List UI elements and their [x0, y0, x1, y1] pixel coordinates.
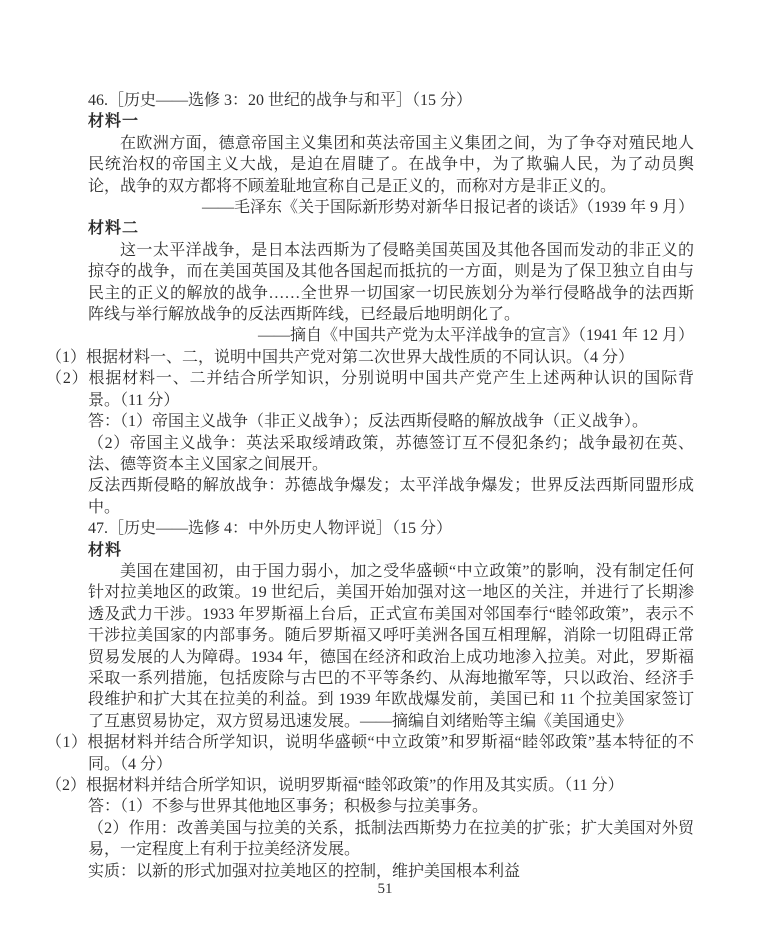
material-label: 材料二 [88, 218, 694, 239]
material-paragraph: 美国在建国初，由于国力弱小，加之受华盛顿“中立政策”的影响，没有制定任何针对拉美… [88, 561, 694, 732]
question-item: （1）根据材料一、二，说明中国共产党对第二次世界大战性质的不同认识。（4 分） [88, 347, 694, 368]
answer-line: 答：（1）帝国主义战争（非正义战争）；反法西斯侵略的解放战争（正义战争）。 [88, 411, 694, 432]
question-title: 46.［历史——选修 3：20 世纪的战争与和平］（15 分） [88, 90, 694, 111]
document-body: 46.［历史——选修 3：20 世纪的战争与和平］（15 分）材料一在欧洲方面，… [88, 90, 694, 882]
page-number: 51 [0, 881, 770, 898]
question-title: 47.［历史——选修 4：中外历史人物评说］（15 分） [88, 518, 694, 539]
question-item: （2）根据材料并结合所学知识，说明罗斯福“睦邻政策”的作用及其实质。（11 分） [88, 775, 694, 796]
source-citation: ——毛泽东《关于国际新形势对新华日报记者的谈话》（1939 年 9 月） [88, 197, 694, 218]
answer-continuation: （2）帝国主义战争：英法采取绥靖政策，苏德签订互不侵犯条约；战争最初在英、法、德… [88, 433, 694, 476]
answer-continuation: 实质：以新的形式加强对拉美地区的控制，维护美国根本利益 [88, 861, 694, 882]
question-item: （1）根据材料并结合所学知识，说明华盛顿“中立政策”和罗斯福“睦邻政策”基本特征… [88, 732, 694, 775]
material-paragraph: 这一太平洋战争，是日本法西斯为了侵略美国英国及其他各国而发动的非正义的掠夺的战争… [88, 240, 694, 326]
question-item: （2）根据材料一、二并结合所学知识，分别说明中国共产党产生上述两种认识的国际背景… [88, 368, 694, 411]
material-label: 材料一 [88, 111, 694, 132]
scanned-exam-page: 46.［历史——选修 3：20 世纪的战争与和平］（15 分）材料一在欧洲方面，… [0, 0, 770, 948]
source-citation: ——摘自《中国共产党为太平洋战争的宣言》（1941 年 12 月） [88, 325, 694, 346]
answer-line: 答：（1）不参与世界其他地区事务；积极参与拉美事务。 [88, 796, 694, 817]
material-label: 材料 [88, 540, 694, 561]
answer-continuation: 反法西斯侵略的解放战争：苏德战争爆发；太平洋战争爆发；世界反法西斯同盟形成中。 [88, 475, 694, 518]
material-paragraph: 在欧洲方面，德意帝国主义集团和英法帝国主义集团之间，为了争夺对殖民地人民统治权的… [88, 133, 694, 197]
answer-continuation: （2）作用：改善美国与拉美的关系，抵制法西斯势力在拉美的扩张；扩大美国对外贸易，… [88, 818, 694, 861]
